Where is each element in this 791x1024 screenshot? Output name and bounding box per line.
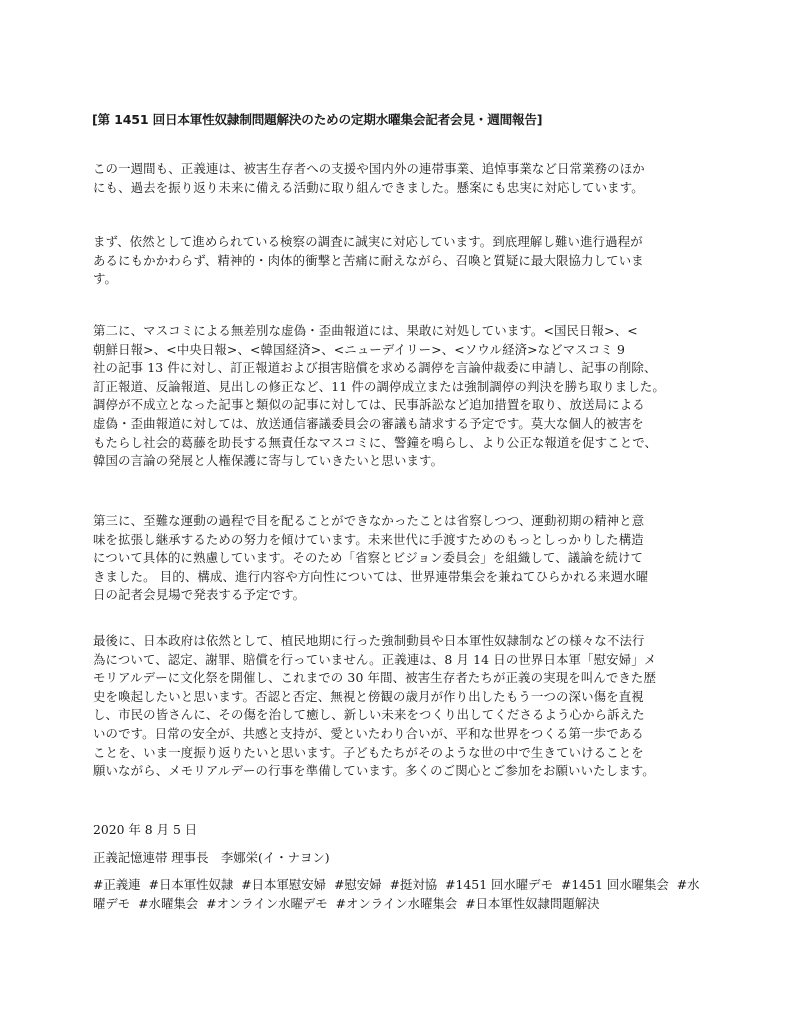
text-line: し、市民の皆さんに、その傷を治して癒し、新しい未来をつくり出してくださるよう心か… [93, 706, 713, 725]
text-line: まず、依然として進められている検察の調査に誠実に対応しています。到底理解し難い進… [93, 233, 713, 252]
hashtag: #正義連 [93, 877, 141, 892]
text-line: きました。 目的、構成、進行内容や方向性については、世界連帯集会を兼ねてひらかれ… [93, 568, 713, 587]
paragraph-second: 第二に、マスコミによる無差別な虚偽・歪曲報道には、果敢に対処しています。<国民日… [93, 322, 713, 471]
document-date: 2020 年 8 月 5 日 [93, 820, 197, 838]
document-page: [第 1451 回日本軍性奴隷制問題解決のための定期水曜集会記者会見・週間報告]… [0, 0, 791, 1024]
document-title: [第 1451 回日本軍性奴隷制問題解決のための定期水曜集会記者会見・週間報告] [92, 109, 712, 128]
hashtag-line: #正義連#日本軍性奴隷#日本軍慰安婦#慰安婦#挺対協#1451 回水曜デモ#14… [93, 876, 713, 895]
paragraph-first: まず、依然として進められている検察の調査に誠実に対応しています。到底理解し難い進… [93, 233, 713, 289]
text-line: モリアルデーに文化祭を開催し、これまでの 30 年間、被害生存者たちが正義の実現… [93, 669, 713, 688]
text-line: 願いながら、メモリアルデーの行事を準備しています。多くのご関心とご参加をお願いい… [93, 762, 713, 781]
text-line: 味を拡張し継承するための努力を傾けています。未来世代に手渡すためのもっとしっかり… [93, 531, 713, 550]
text-line: この一週間も、正義連は、被害生存者への支援や国内外の連帯事業、追悼事業など日常業… [93, 160, 713, 179]
text-line: 最後に、日本政府は依然として、植民地期に行った強制動員や日本軍性奴隷制などの様々… [93, 632, 713, 651]
hashtag: #日本軍性奴隷 [149, 877, 234, 892]
hashtag: #水 [677, 877, 700, 892]
text-line: す。 [93, 270, 713, 289]
text-line: 韓国の言論の発展と人権保護に寄与していきたいと思います。 [93, 452, 713, 471]
text-line: 日の記者会見場で発表する予定です。 [93, 586, 713, 605]
paragraph-third: 第三に、至難な運動の過程で目を配ることができなかったことは省察しつつ、運動初期の… [93, 512, 713, 605]
hashtag: #挺対協 [390, 877, 438, 892]
text-line: いのです。日常の安全が、共感と支持が、愛といたわり合いが、平和な世界をつくる第一… [93, 725, 713, 744]
text-line: もたらし社会的葛藤を助長する無責任なマスコミに、警鐘を鳴らし、より公正な報道を促… [93, 434, 713, 453]
paragraph-last: 最後に、日本政府は依然として、植民地期に行った強制動員や日本軍性奴隷制などの様々… [93, 632, 713, 781]
hashtag: 曜デモ [93, 896, 130, 911]
text-line: ことを、いま一度振り返りたいと思います。子どもたちがそのような世の中で生きていけ… [93, 744, 713, 763]
text-line: 為について、認定、謝罪、賠償を行っていません。正義連は、8 月 14 日の世界日… [93, 651, 713, 670]
hashtag: #1451 回水曜デモ [445, 877, 553, 892]
text-line: 調停が不成立となった記事と類似の記事に対しては、民事訴訟など追加措置を取り、放送… [93, 396, 713, 415]
signature: 正義記憶連帯 理事長 李娜栄(イ・ナヨン) [93, 848, 330, 866]
text-line: 史を喚起したいと思います。否認と否定、無視と傍観の歳月が作り出したもう一つの深い… [93, 688, 713, 707]
hashtag: #1451 回水曜集会 [561, 877, 669, 892]
hashtag: #日本軍慰安婦 [241, 877, 326, 892]
text-line: あるにもかかわらず、精神的・肉体的衝撃と苦痛に耐えながら、召喚と質疑に最大限協力… [93, 252, 713, 271]
hashtags: #正義連#日本軍性奴隷#日本軍慰安婦#慰安婦#挺対協#1451 回水曜デモ#14… [93, 876, 713, 913]
hashtag: #オンライン水曜集会 [336, 896, 458, 911]
text-line: 第二に、マスコミによる無差別な虚偽・歪曲報道には、果敢に対処しています。<国民日… [93, 322, 713, 341]
text-line: 虚偽・歪曲報道に対しては、放送通信審議委員会の審議も請求する予定です。莫大な個人… [93, 415, 713, 434]
paragraph-intro: この一週間も、正義連は、被害生存者への支援や国内外の連帯事業、追悼事業など日常業… [93, 160, 713, 197]
text-line: にも、過去を振り返り未来に備える活動に取り組んできました。懸案にも忠実に対応して… [93, 179, 713, 198]
text-line: 訂正報道、反論報道、見出しの修正など、11 件の調停成立または強制調停の判決を勝… [93, 378, 713, 397]
text-line: 朝鮮日報>、<中央日報>、<韓国経済>、<ニューデイリー>、<ソウル経済>などマ… [93, 341, 713, 360]
text-line: について具体的に熟慮しています。そのため「省察とビジョン委員会」を組織して、議論… [93, 549, 713, 568]
text-line: 社の記事 13 件に対し、訂正報道および損害賠償を求める調停を言論仲裁委に申請し… [93, 359, 713, 378]
hashtag: #慰安婦 [334, 877, 382, 892]
hashtag: #オンライン水曜デモ [206, 896, 328, 911]
text-line: 第三に、至難な運動の過程で目を配ることができなかったことは省察しつつ、運動初期の… [93, 512, 713, 531]
hashtag-line: 曜デモ#水曜集会#オンライン水曜デモ#オンライン水曜集会#日本軍性奴隷問題解決 [93, 895, 713, 914]
hashtag: #水曜集会 [138, 896, 198, 911]
hashtag: #日本軍性奴隷問題解決 [465, 896, 599, 911]
